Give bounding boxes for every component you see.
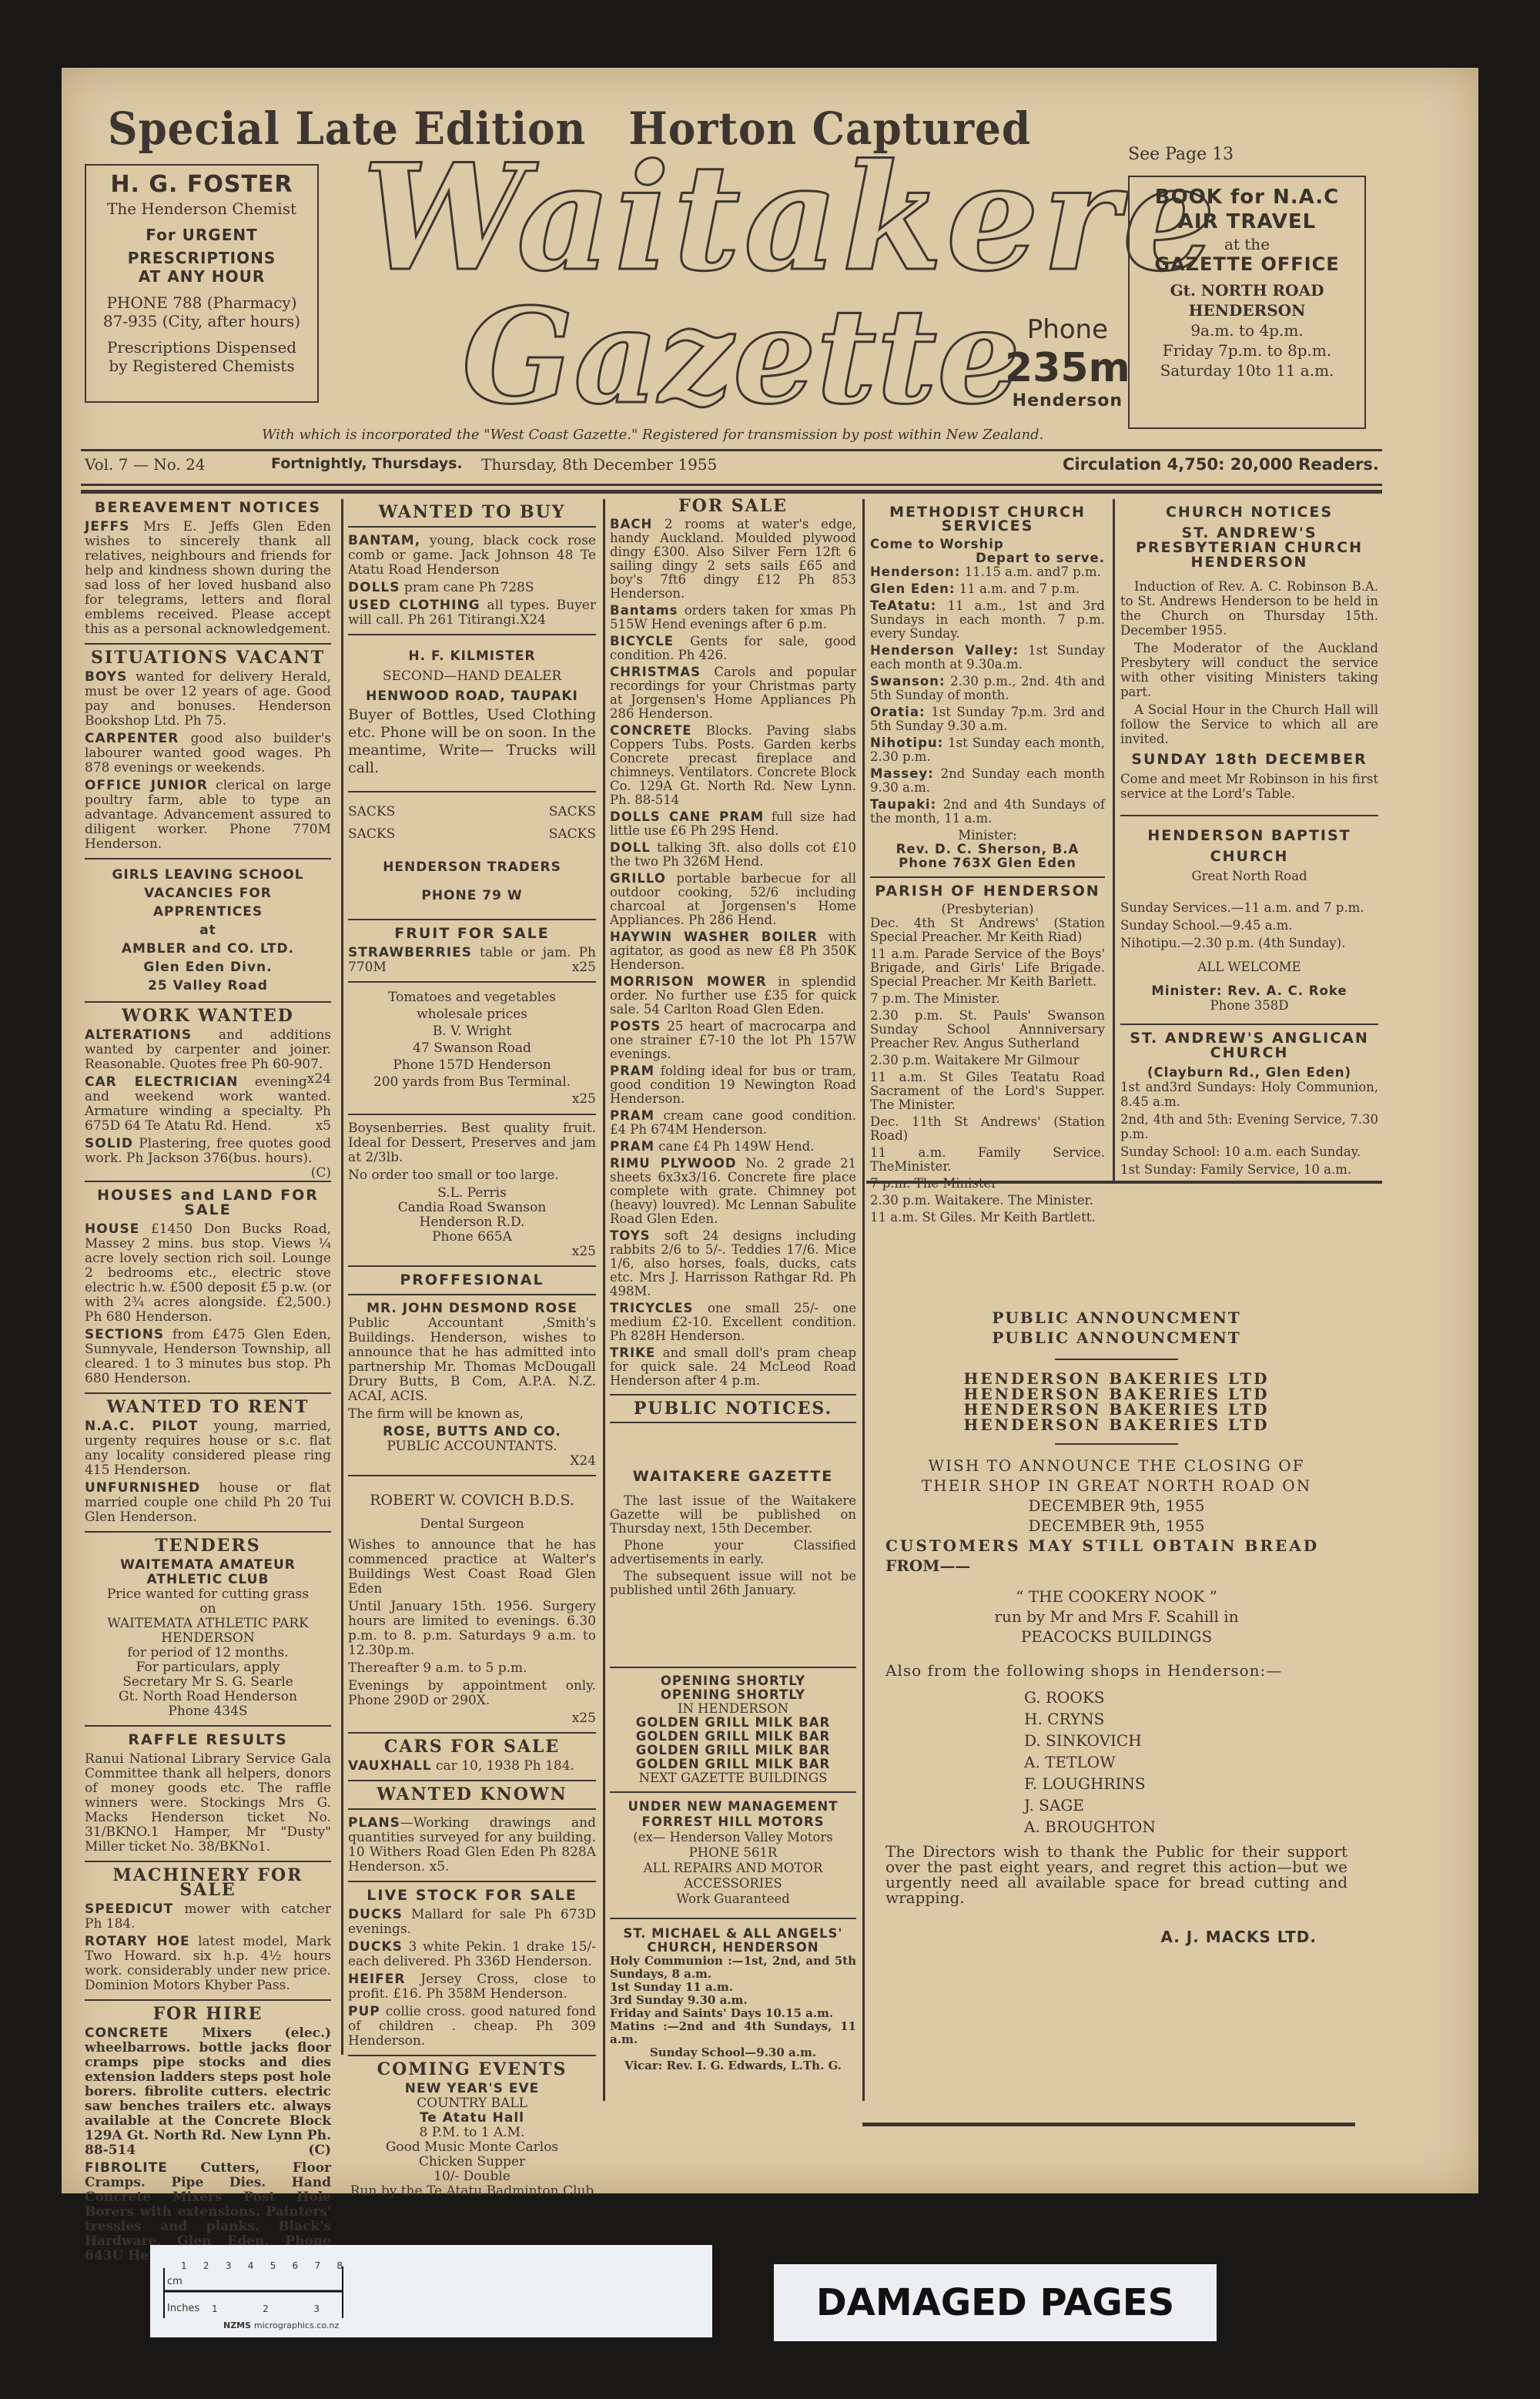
ad-line: SACKS xyxy=(549,827,596,842)
anglican-heading: ST. ANDREW'S ANGLICAN CHURCH xyxy=(1120,1031,1378,1060)
ad-line: Candia Road Swanson xyxy=(348,1201,596,1215)
ad-lead: USED CLOTHING xyxy=(348,598,480,613)
gazette-notice-heading: WAITAKERE GAZETTE xyxy=(610,1469,856,1483)
inch-ticks: 123 xyxy=(212,2304,320,2314)
incorporated-line: With which is incorporated the "West Coa… xyxy=(262,427,1043,443)
list-item: A. TETLOW xyxy=(1024,1751,1347,1773)
ad-text: The firm will be known as, xyxy=(348,1407,596,1422)
foster-phone2: 87-935 (City, after hours) xyxy=(86,312,317,330)
wright-ad: Tomatoes and vegetables wholesale prices… xyxy=(348,989,596,1107)
damaged-pages-label: DAMAGED PAGES xyxy=(774,2264,1217,2341)
ad-line: ATHLETIC CLUB xyxy=(85,1573,331,1587)
ad-lead: PLANS xyxy=(348,1815,400,1831)
for-sale-heading: FOR SALE xyxy=(610,499,856,513)
nac-line4: GAZETTE OFFICE xyxy=(1130,254,1364,274)
ad-line: (Clayburn Rd., Glen Eden) xyxy=(1120,1065,1378,1080)
tenders-ad: WAITEMATA AMATEUR ATHLETIC CLUB Price wa… xyxy=(85,1558,331,1719)
ad-line: Phone 358D xyxy=(1120,998,1378,1013)
ad-line: at xyxy=(85,921,331,940)
list-item: Dec. 11th St Andrews' (Station Road) xyxy=(870,1115,1105,1143)
ad-line: NEW YEAR'S EVE xyxy=(348,2082,596,2096)
ad-line: ALL WELCOME xyxy=(1120,960,1378,974)
parish-list: Dec. 4th St Andrews' (Station Special Pr… xyxy=(870,916,1105,1225)
ad-lead: BANTAM, xyxy=(348,533,420,548)
foster-ad: H. G. FOSTER The Henderson Chemist For U… xyxy=(85,164,319,403)
list-item: PRAM folding ideal for bus or tram, good… xyxy=(610,1064,856,1106)
ad-text: Public Accountant ,Smith's Buildings. He… xyxy=(348,1316,596,1404)
list-item: HAYWIN WASHER BOILER with agitator, as g… xyxy=(610,930,856,972)
ad-lead: DOLL xyxy=(610,840,651,855)
ad-lead: UNFURNISHED xyxy=(85,1480,200,1496)
nac-hours1: 9a.m. to 4p.m. xyxy=(1130,320,1364,340)
volume-number: Vol. 7 — No. 24 xyxy=(85,455,206,474)
list-item: 7 p.m. The Minister. xyxy=(870,992,1105,1006)
ad-line: 25 Valley Road xyxy=(85,977,331,995)
ad-lead: TeAtatu: xyxy=(870,598,936,613)
ad-line: HENWOOD ROAD, TAUPAKI xyxy=(348,686,596,706)
list-item: Bantams orders taken for xmas Ph 515W He… xyxy=(610,604,856,632)
list-item: DOLLS CANE PRAM full size had little use… xyxy=(610,810,856,838)
ad-lead: CONCRETE xyxy=(85,2025,169,2041)
ad-line: HENDERSON BAKERIES LTD xyxy=(885,1386,1347,1402)
wanted-known-heading: WANTED KNOWN xyxy=(348,1788,596,1802)
foster-phone1: PHONE 788 (Pharmacy) xyxy=(86,293,317,312)
list-item: J. SAGE xyxy=(1024,1794,1347,1816)
masthead-waitakere: Waitakere xyxy=(362,145,1219,291)
ad-line: Run by the Te Atatu Badminton Club xyxy=(348,2184,596,2199)
ad-lead: SOLID xyxy=(85,1136,133,1151)
ad-line: Phone 434S xyxy=(85,1704,331,1719)
ad-lead: Henderson: xyxy=(870,565,960,579)
tick-label: 6 xyxy=(293,2260,299,2271)
ad-line: 1st Sunday 11 a.m. xyxy=(610,1981,856,1994)
ad-line: Phone 665A xyxy=(348,1230,596,1245)
forrest-hill-ad: UNDER NEW MANAGEMENT FORREST HILL MOTORS… xyxy=(610,1799,856,1907)
foster-name: H. G. FOSTER xyxy=(86,170,317,199)
ad-text: Evenings by appointment only. Phone 290D… xyxy=(348,1679,596,1708)
ad-lead: BACH xyxy=(610,517,652,531)
ad-line: Holy Communion :—1st, 2nd, and 5th Sunda… xyxy=(610,1955,856,1981)
rule xyxy=(862,2123,1355,2126)
ad-line: SACKS xyxy=(549,805,596,819)
ad-text: Ranui National Library Service Gala Comm… xyxy=(85,1752,331,1855)
ad-text: 11 a.m. and 7 p.m. xyxy=(959,581,1080,596)
list-item: TeAtatu: 11 a.m., 1st and 3rd Sundays in… xyxy=(870,599,1105,641)
ad-text: £1450 Don Bucks Road, Massey 2 mins. bus… xyxy=(85,1221,331,1325)
column-3: FOR SALE BACH 2 rooms at water's edge, h… xyxy=(610,499,856,2072)
ad-line: 10/- Double xyxy=(348,2169,596,2184)
ad-line: wholesale prices xyxy=(348,1006,596,1023)
tick-label: 2 xyxy=(203,2260,209,2271)
new-years-ball-ad: NEW YEAR'S EVE COUNTRY BALL Te Atatu Hal… xyxy=(348,2082,596,2199)
ad-line: ROSE, BUTTS AND CO. xyxy=(348,1425,596,1439)
ad-lead: BICYCLE xyxy=(610,634,674,648)
ad-line: Also from the following shops in Henders… xyxy=(885,1660,1347,1680)
ad-text: Come and meet Mr Robinson in his first s… xyxy=(1120,772,1378,801)
houses-heading: HOUSES and LAND FOR SALE xyxy=(85,1188,331,1218)
list-item: G. ROOKS xyxy=(1024,1687,1347,1708)
cars-heading: CARS FOR SALE xyxy=(348,1740,596,1754)
cm-ticks: 12345678 xyxy=(181,2260,343,2271)
list-item: Massey: 2nd Sunday each month 9.30 a.m. xyxy=(870,767,1105,795)
sacks-row: SACKSSACKS xyxy=(348,827,596,842)
ad-line: “ THE COOKERY NOOK ” xyxy=(885,1586,1347,1607)
rule xyxy=(81,484,1382,486)
ad-line: Henderson R.D. xyxy=(348,1215,596,1230)
ad-code: x24 xyxy=(307,1072,331,1087)
ad-line: 3rd Sunday 9.30 a.m. xyxy=(610,1994,856,2007)
brand-site: micrographics.co.nz xyxy=(254,2320,339,2330)
list-item: Glen Eden: 11 a.m. and 7 p.m. xyxy=(870,582,1105,596)
ad-text: Mixers (elec.) wheelbarrows. bottle jack… xyxy=(85,2025,331,2158)
ad-lead: Henderson Valley: xyxy=(870,643,1019,658)
inch-label: Inches xyxy=(167,2303,199,2314)
ad-text: collie cross. good natured fond of child… xyxy=(348,2004,596,2049)
tick-label: 4 xyxy=(248,2260,254,2271)
ad-code: X24 xyxy=(348,1454,596,1469)
ad-lead: DOLLS xyxy=(348,580,400,595)
column-divider xyxy=(603,499,605,2101)
column-divider xyxy=(1113,499,1115,1181)
column-1: BEREAVEMENT NOTICES JEFFS Mrs E. Jeffs G… xyxy=(85,499,331,2267)
ad-text: Induction of Rev. A. C. Robinson B.A. to… xyxy=(1120,579,1378,638)
ad-line: Friday and Saints' Days 10.15 a.m. xyxy=(610,2007,856,2020)
ad-line: WISH TO ANNOUNCE THE CLOSING OF xyxy=(885,1456,1347,1476)
ad-line: HENDERSON BAKERIES LTD xyxy=(885,1417,1347,1432)
ad-lead: Oratia: xyxy=(870,705,926,719)
ad-text: cane £4 Ph 149W Hend. xyxy=(658,1139,814,1154)
ad-lead: SPEEDICUT xyxy=(85,1901,173,1917)
sunday-18th-heading: SUNDAY 18th DECEMBER xyxy=(1120,752,1378,767)
ad-line: S.L. Perris xyxy=(348,1186,596,1201)
ad-code: (C) xyxy=(308,2143,331,2158)
list-item: 11 a.m. Parade Service of the Boys' Brig… xyxy=(870,947,1105,989)
list-item: CONCRETE Blocks. Paving slabs Coppers Tu… xyxy=(610,724,856,807)
ad-line: THEIR SHOP IN GREAT NORTH ROAD ON xyxy=(885,1476,1347,1496)
ad-line: run by Mr and Mrs F. Scahill in xyxy=(885,1607,1347,1627)
st-andrews-presbyterian-heading: ST. ANDREW'S PRESBYTERIAN CHURCH HENDERS… xyxy=(1120,526,1378,570)
ad-lead: SECTIONS xyxy=(85,1327,164,1342)
ad-line: 47 Swanson Road xyxy=(348,1040,596,1057)
for-sale-list: BACH 2 rooms at water's edge, handy Auck… xyxy=(610,518,856,1388)
ad-lead: TRIKE xyxy=(610,1345,655,1360)
list-item: H. CRYNS xyxy=(1024,1708,1347,1730)
ad-line: SECOND—HAND DEALER xyxy=(348,666,596,686)
ad-code: x5 xyxy=(316,1119,331,1134)
list-item: PRAM cane £4 Ph 149W Hend. xyxy=(610,1140,856,1154)
tick-label: 7 xyxy=(314,2260,320,2271)
ad-line: Tomatoes and vegetables xyxy=(348,989,596,1006)
ad-text: Sunday School.—9.45 a.m. xyxy=(1120,918,1378,933)
column-divider xyxy=(341,499,343,2055)
ad-text: Until January 15th. 1956. Surgery hours … xyxy=(348,1600,596,1658)
ad-line: (ex— Henderson Valley Motors xyxy=(610,1830,856,1845)
ad-line: GOLDEN GRILL MILK BAR xyxy=(610,1757,856,1771)
golden-grill-ad: OPENING SHORTLY OPENING SHORTLY IN HENDE… xyxy=(610,1674,856,1785)
ad-text: 2nd, 4th and 5th: Evening Service, 7.30 … xyxy=(1120,1112,1378,1141)
ad-lead: Bantams xyxy=(610,603,678,618)
list-item: CHRISTMAS Carols and popular recordings … xyxy=(610,665,856,721)
tick-label: 5 xyxy=(270,2260,276,2271)
ad-line: (Presbyterian) xyxy=(870,903,1105,916)
ad-line: GOLDEN GRILL MILK BAR xyxy=(610,1744,856,1757)
ad-line: Depart to serve. xyxy=(870,551,1105,565)
ad-line: Rev. D. C. Sherson, B.A xyxy=(870,843,1105,856)
machinery-heading: MACHINERY FOR SALE xyxy=(85,1868,331,1898)
phone-label: Phone xyxy=(1005,314,1130,345)
list-item: Oratia: 1st Sunday 7p.m. 3rd and 5th Sun… xyxy=(870,705,1105,733)
list-item: D. SINKOVICH xyxy=(1024,1730,1347,1751)
ad-lead: DUCKS xyxy=(348,1939,403,1955)
situations-heading: SITUATIONS VACANT xyxy=(85,651,331,665)
list-item: Taupaki: 2nd and 4th Sundays of the mont… xyxy=(870,798,1105,826)
public-notices-heading: PUBLIC NOTICES. xyxy=(610,1402,856,1416)
nac-hours3: Saturday 10to 11 a.m. xyxy=(1130,360,1364,380)
list-item: Swanson: 2.30 p.m., 2nd. 4th and 5th Sun… xyxy=(870,675,1105,702)
ad-lead: Taupaki: xyxy=(870,797,936,812)
ad-lead: Massey: xyxy=(870,766,934,781)
ad-text: 1st Sunday: Family Service, 10 a.m. xyxy=(1120,1162,1378,1177)
ad-lead: OFFICE JUNIOR xyxy=(85,778,208,793)
ad-text: The last issue of the Waitakere Gazette … xyxy=(610,1494,856,1536)
rule xyxy=(866,1181,1382,1184)
ad-text: 11.15 a.m. and7 p.m. xyxy=(965,565,1101,579)
ad-text: pram cane Ph 728S xyxy=(404,580,534,595)
rule xyxy=(81,490,1382,494)
phone-number: 235m xyxy=(1005,345,1130,391)
ad-lead: FIBROLITE xyxy=(85,2160,168,2176)
ad-code: x25 xyxy=(572,960,596,975)
foster-line3: AT ANY HOUR xyxy=(86,267,317,286)
ad-lead: CARPENTER xyxy=(85,731,179,746)
ad-lead: GRILLO xyxy=(610,871,666,886)
methodist-subheading: SERVICES xyxy=(870,519,1105,533)
ad-text: Wishes to announce that he has commenced… xyxy=(348,1538,596,1597)
ad-line: OPENING SHORTLY xyxy=(610,1674,856,1688)
kilmister-ad: H. F. KILMISTER SECOND—HAND DEALER HENWO… xyxy=(348,646,596,706)
ad-text: Buyer of Bottles, Used Clothing etc. Pho… xyxy=(348,706,596,777)
ad-line: H. F. KILMISTER xyxy=(348,646,596,666)
perris-ad: S.L. Perris Candia Road Swanson Henderso… xyxy=(348,1186,596,1245)
ad-lead: CHRISTMAS xyxy=(610,665,701,679)
ad-text: 1st and3rd Sundays: Holy Communion, 8.45… xyxy=(1120,1080,1378,1109)
ad-text: Mrs E. Jeffs Glen Eden wishes to sincere… xyxy=(85,519,331,637)
list-item: Dec. 4th St Andrews' (Station Special Pr… xyxy=(870,916,1105,944)
scale-ruler: cm Inches 12345678 123 NZMS micrographic… xyxy=(150,2245,712,2337)
brand-name: NZMS xyxy=(223,2320,251,2330)
newspaper-page: Special Late EditionHorton Captured See … xyxy=(62,68,1478,2193)
rule xyxy=(81,449,1382,451)
ad-lead: PRAM xyxy=(610,1139,654,1154)
ad-signature: A. J. MACKS LTD. xyxy=(885,1927,1317,1947)
ad-line: Chicken Supper xyxy=(348,2155,596,2169)
ad-line: ROBERT W. COVICH B.D.S. xyxy=(348,1493,596,1508)
ad-text: No order too small or too large. xyxy=(348,1168,596,1183)
ad-line: FORREST HILL MOTORS xyxy=(610,1814,856,1830)
ad-line: AMBLER and CO. LTD. xyxy=(85,940,331,958)
ad-text: Sunday Services.—11 a.m. and 7 p.m. xyxy=(1120,900,1378,915)
work-wanted-heading: WORK WANTED xyxy=(85,1009,331,1024)
bakery-name-block: HENDERSON BAKERIES LTD HENDERSON BAKERIE… xyxy=(885,1371,1347,1432)
ad-line: For particulars, apply xyxy=(85,1660,331,1675)
foster-line1: For URGENT xyxy=(86,226,317,244)
ad-line: 200 yards from Bus Terminal. xyxy=(348,1074,596,1091)
ad-lead: VAUXHALL xyxy=(348,1758,432,1774)
ad-lead: HOUSE xyxy=(85,1221,139,1237)
ad-line: ST. MICHAEL & ALL ANGELS' CHURCH, HENDER… xyxy=(610,1927,856,1955)
list-item: 2.30 p.m. Waitakere. The Minister. xyxy=(870,1194,1105,1208)
ad-line: OPENING SHORTLY xyxy=(610,1688,856,1702)
methodist-list: Henderson: 11.15 a.m. and7 p.m. Glen Ede… xyxy=(870,565,1105,826)
baptist-heading: HENDERSON BAPTIST xyxy=(1120,829,1378,843)
ad-line: MR. JOHN DESMOND ROSE xyxy=(348,1302,596,1316)
nac-line5: Gt. NORTH ROAD xyxy=(1130,280,1364,300)
ad-lead: PUP xyxy=(348,2004,380,2019)
nac-line1: BOOK for N.A.C xyxy=(1130,185,1364,209)
column-5: CHURCH NOTICES ST. ANDREW'S PRESBYTERIAN… xyxy=(1120,499,1378,1180)
list-item: DOLL talking 3ft. also dolls cot £10 the… xyxy=(610,841,856,869)
ad-line: SACKS xyxy=(348,827,395,842)
st-michael-schedule: Holy Communion :—1st, 2nd, and 5th Sunda… xyxy=(610,1955,856,2072)
live-stock-heading: LIVE STOCK FOR SALE xyxy=(348,1888,596,1903)
ad-line: Phone 157D Henderson xyxy=(348,1057,596,1074)
ad-line: DECEMBER 9th, 1955 xyxy=(885,1516,1347,1536)
ad-text: The subsequent issue will not be publish… xyxy=(610,1570,856,1597)
ad-line: ALL REPAIRS AND MOTOR xyxy=(610,1861,856,1876)
ad-line: NEXT GAZETTE BUILDINGS xyxy=(610,1771,856,1785)
column-divider xyxy=(862,499,865,2101)
nac-line6: HENDERSON xyxy=(1130,300,1364,320)
ad-line: Minister: Rev. A. C. Roke xyxy=(1120,983,1378,998)
foster-footer2: by Registered Chemists xyxy=(86,357,317,375)
ad-line: HENDERSON xyxy=(85,1631,331,1646)
ad-line: PUBLIC ANNOUNCMENT xyxy=(885,1308,1347,1328)
list-item: TRICYCLES one small 25/- one medium £2-1… xyxy=(610,1302,856,1343)
tenders-heading: TENDERS xyxy=(85,1539,331,1553)
ad-text: Boysenberries. Best quality fruit. Ideal… xyxy=(348,1121,596,1165)
issue-date: Thursday, 8th December 1955 xyxy=(481,455,717,474)
list-item: BACH 2 rooms at water's edge, handy Auck… xyxy=(610,518,856,601)
ad-code: x25 xyxy=(348,1245,596,1259)
ad-code: x25 xyxy=(348,1091,596,1107)
ad-lead: DUCKS xyxy=(348,1907,403,1922)
sacks-row: SACKSSACKS xyxy=(348,805,596,819)
parish-heading: PARISH OF HENDERSON xyxy=(870,884,1105,898)
raffle-heading: RAFFLE RESULTS xyxy=(85,1733,331,1747)
ad-line: 8 P.M. to 1 A.M. xyxy=(348,2126,596,2140)
ad-lead: BOYS xyxy=(85,669,127,685)
tick-label: 8 xyxy=(336,2260,343,2271)
bereavement-heading: BEREAVEMENT NOTICES xyxy=(85,501,331,515)
wanted-to-rent-heading: WANTED TO RENT xyxy=(85,1400,331,1415)
ad-lead: N.A.C. PILOT xyxy=(85,1419,198,1434)
list-item: 11 a.m. St Giles. Mr Keith Bartlett. xyxy=(870,1211,1105,1225)
list-item: Nihotipu: 1st Sunday each month, 2.30 p.… xyxy=(870,736,1105,764)
ad-lead: RIMU PLYWOOD xyxy=(610,1156,737,1171)
ad-lead: DOLLS CANE PRAM xyxy=(610,809,764,824)
ad-lead: PRAM xyxy=(610,1108,654,1123)
ad-line: UNDER NEW MANAGEMENT xyxy=(610,1799,856,1814)
masthead-phone: Phone 235m Henderson xyxy=(1005,314,1130,410)
tick-label: 2 xyxy=(263,2304,269,2314)
ad-lead: STRAWBERRIES xyxy=(348,945,472,960)
nac-line3: at the xyxy=(1130,234,1364,254)
ad-line: Good Music Monte Carlos xyxy=(348,2140,596,2155)
nac-ad: BOOK for N.A.C AIR TRAVEL at the GAZETTE… xyxy=(1128,176,1366,429)
ad-code: (C) xyxy=(311,1166,331,1181)
ad-line: GOLDEN GRILL MILK BAR xyxy=(610,1716,856,1730)
ad-line: Vicar: Rev. I. G. Edwards, L.Th. G. xyxy=(610,2059,856,2072)
for-hire-heading: FOR HIRE xyxy=(85,2007,331,2022)
foster-subtitle: The Henderson Chemist xyxy=(86,199,317,218)
ad-line: Minister: xyxy=(870,829,1105,843)
list-item: 2.30 p.m. St. Pauls' Swanson Sunday Scho… xyxy=(870,1009,1105,1050)
list-item: PRAM cream cane good condition. £4 Ph 67… xyxy=(610,1109,856,1137)
ad-lead: HEIFER xyxy=(348,1972,405,1987)
shop-list: G. ROOKS H. CRYNS D. SINKOVICH A. TETLOW… xyxy=(1024,1687,1347,1838)
ad-line: GOLDEN GRILL MILK BAR xyxy=(610,1730,856,1744)
column-4: METHODIST CHURCH SERVICES Come to Worshi… xyxy=(870,499,1105,1228)
ad-line: Phone 763X Glen Eden xyxy=(870,856,1105,870)
ad-line: Gt. North Road Henderson xyxy=(85,1690,331,1704)
ad-line: Matins :—2nd and 4th Sundays, 11 a.m. xyxy=(610,2020,856,2046)
ad-lead: ALTERATIONS xyxy=(85,1027,192,1043)
ad-line: IN HENDERSON xyxy=(610,1702,856,1716)
ad-line: WAITEMATA ATHLETIC PARK xyxy=(85,1617,331,1631)
ad-line: Dental Surgeon xyxy=(348,1517,596,1532)
ad-line: on xyxy=(85,1602,331,1617)
tick-label: 1 xyxy=(212,2304,218,2314)
ad-line: B. V. Wright xyxy=(348,1023,596,1040)
ad-line: FROM—— xyxy=(885,1556,1347,1576)
list-item: 2.30 p.m. Waitakere Mr Gilmour xyxy=(870,1054,1105,1067)
ad-lead: ROTARY HOE xyxy=(85,1934,190,1949)
list-item: 11 a.m. St Giles Teatatu Road Sacrament … xyxy=(870,1071,1105,1112)
ad-text: Phone your Classified advertisements in … xyxy=(610,1539,856,1566)
tick-label: 3 xyxy=(313,2304,320,2314)
ad-line: APPRENTICES xyxy=(85,903,331,921)
nac-line2: AIR TRAVEL xyxy=(1130,209,1364,234)
list-item: POSTS 25 heart of macrocarpa and one str… xyxy=(610,1020,856,1061)
foster-footer1: Prescriptions Dispensed xyxy=(86,338,317,357)
ad-text: Sunday School: 10 a.m. each Sunday. xyxy=(1120,1144,1378,1159)
ad-text: A Social Hour in the Church Hall will fo… xyxy=(1120,702,1378,746)
bakery-announcement: PUBLIC ANNOUNCMENT PUBLIC ANNOUNCMENT HE… xyxy=(885,1308,1347,1947)
ad-line: COUNTRY BALL xyxy=(348,2096,596,2111)
phone-place: Henderson xyxy=(1005,391,1130,410)
coming-events-heading: COMING EVENTS xyxy=(348,2062,596,2077)
ad-code: x25 xyxy=(348,1711,596,1726)
fruit-heading: FRUIT FOR SALE xyxy=(348,926,596,941)
list-item: Henderson Valley: 1st Sunday each month … xyxy=(870,644,1105,672)
wanted-to-buy-heading: WANTED TO BUY xyxy=(348,505,596,520)
church-notices-heading: CHURCH NOTICES xyxy=(1120,505,1378,520)
ad-line: SACKS xyxy=(348,805,395,819)
ad-line: Price wanted for cutting grass xyxy=(85,1587,331,1602)
ad-line: Great North Road xyxy=(1120,869,1378,883)
list-item: GRILLO portable barbecue for all outdoor… xyxy=(610,872,856,927)
foster-line2: PRESCRIPTIONS xyxy=(86,249,317,267)
list-item: 7 p.m. The Minister xyxy=(870,1177,1105,1191)
ad-text: car 10, 1938 Ph 184. xyxy=(436,1758,574,1774)
nac-hours2: Friday 7p.m. to 8p.m. xyxy=(1130,340,1364,360)
ad-line: Secretary Mr S. G. Searle xyxy=(85,1675,331,1690)
frequency: Fortnightly, Thursdays. xyxy=(271,455,463,472)
tick-label: 1 xyxy=(181,2260,187,2271)
professional-heading: PROFFESIONAL xyxy=(348,1273,596,1288)
circulation: Circulation 4,750: 20,000 Readers. xyxy=(1063,455,1379,474)
ad-line: PHONE 79 W xyxy=(348,889,596,903)
